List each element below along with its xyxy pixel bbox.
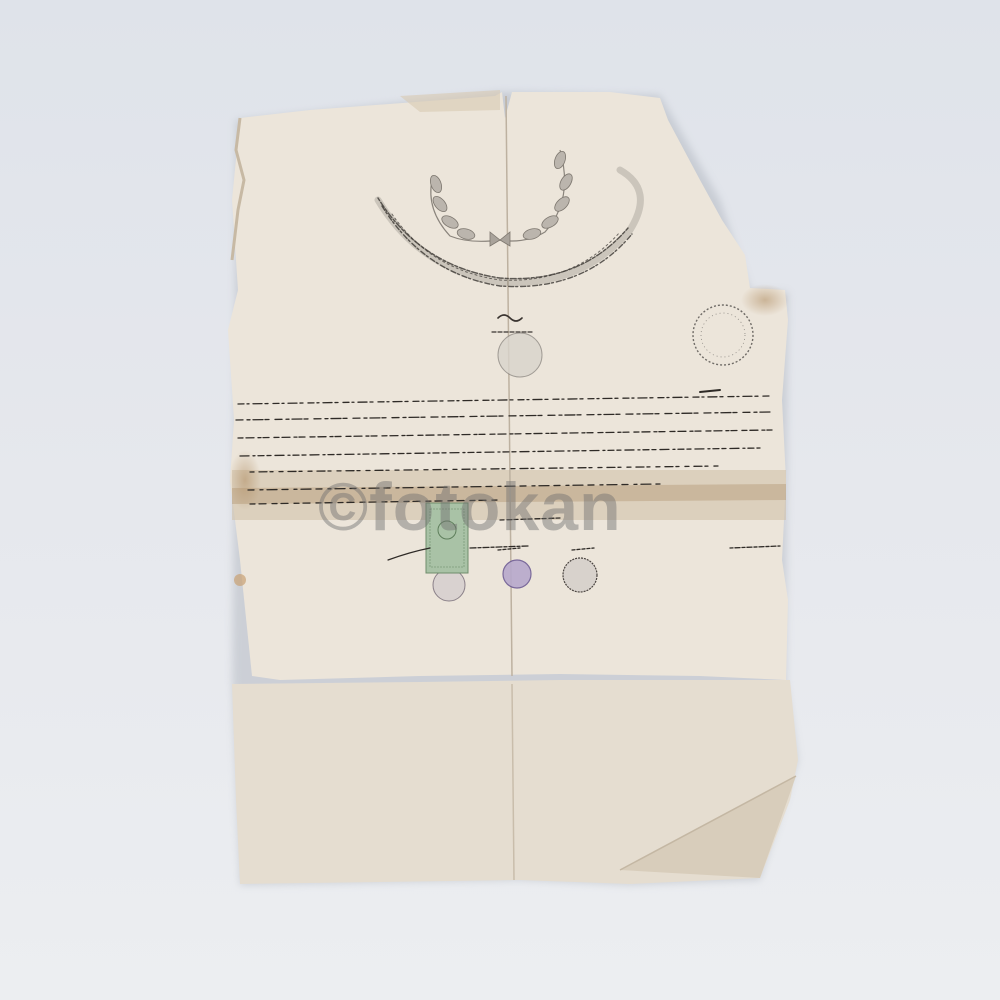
document-illustration: [0, 0, 1000, 1000]
revenue-stamp: [426, 503, 468, 573]
document-photo: ©fotokan Ottoman-era official document w…: [0, 0, 1000, 1000]
lower-sheet: [232, 680, 798, 884]
